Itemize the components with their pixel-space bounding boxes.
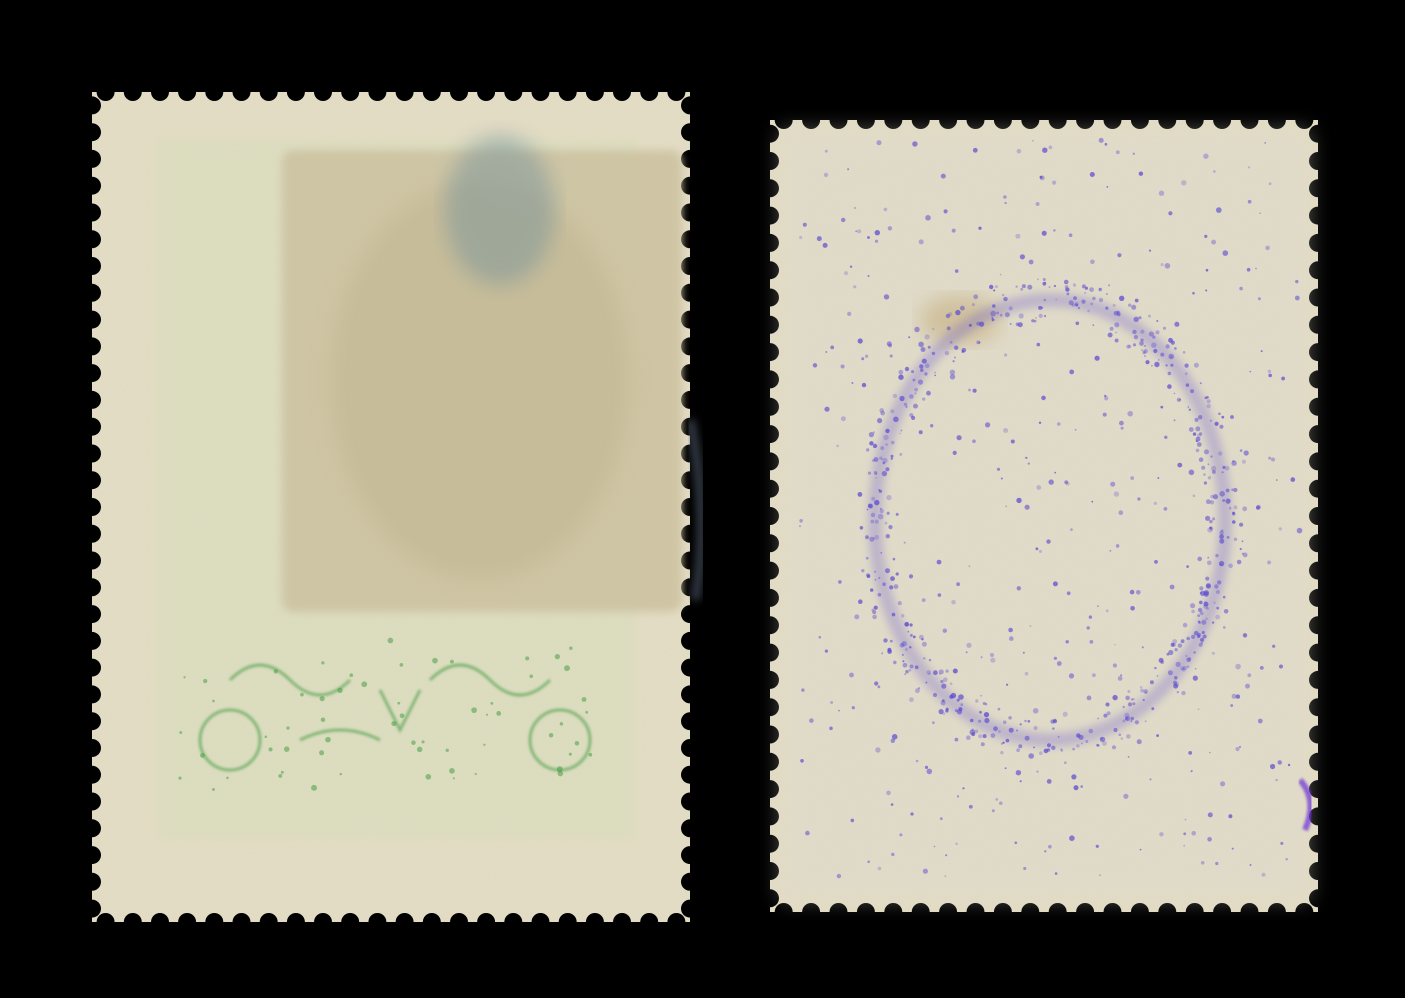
ink-smudge xyxy=(445,135,555,285)
right-stamp xyxy=(770,120,1318,912)
stamps-svg xyxy=(0,0,1405,998)
photo-scene xyxy=(0,0,1405,998)
left-stamp xyxy=(92,92,701,922)
